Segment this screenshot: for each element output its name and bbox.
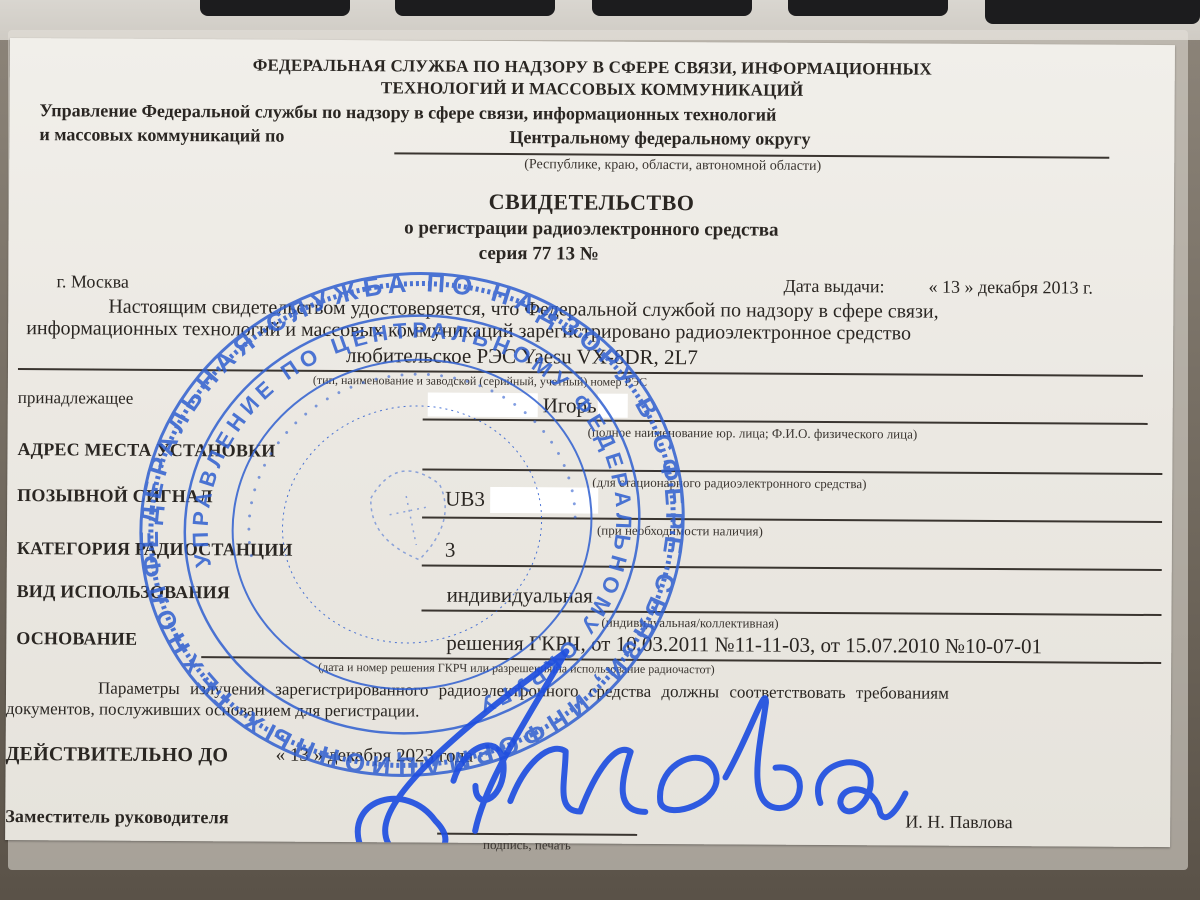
redacted-owner-surname xyxy=(428,393,538,418)
callsign-label: ПОЗЫВНОЙ СИГНАЛ xyxy=(17,485,213,507)
stamp-emblem xyxy=(365,464,455,567)
usage-hint: (индивидуальная/коллективная) xyxy=(601,615,778,632)
region-hint: (Республике, краю, области, автономной о… xyxy=(524,157,821,175)
document-subtitle: о регистрации радиоэлектронного средства xyxy=(9,215,1174,244)
document-title: СВИДЕТЕЛЬСТВО xyxy=(9,186,1174,219)
issue-date-value: « 13 » декабря 2013 г. xyxy=(928,277,1093,299)
device-value: любительское РЭС Yaesu VX-8DR, 2L7 xyxy=(346,343,698,370)
registration-certificate: ФЕДЕРАЛЬНАЯ СЛУЖБА ПО НАДЗОРУ В СФЕРЕ СВ… xyxy=(5,38,1175,847)
usage-value: индивидуальная xyxy=(447,583,593,609)
keyboard-key xyxy=(200,0,350,16)
redacted-owner-patronymic xyxy=(598,394,628,418)
category-value: 3 xyxy=(445,538,456,563)
basis-value: решения ГКРЧ, от 10.03.2011 №11-11-03, о… xyxy=(446,631,1042,660)
issue-city: г. Москва xyxy=(56,271,128,292)
validity-value: « 13 » декабря 2023 года xyxy=(276,745,474,768)
agency-name-line2: ТЕХНОЛОГИЙ И МАССОВЫХ КОММУНИКАЦИЙ xyxy=(10,76,1175,103)
redacted-callsign-suffix xyxy=(490,487,598,514)
keyboard-key xyxy=(592,0,752,16)
address-underline xyxy=(422,469,1162,476)
keyboard-key xyxy=(395,0,555,16)
address-label: АДРЕС МЕСТА УСТАНОВКИ xyxy=(17,439,275,462)
signatory-name: И. Н. Павлова xyxy=(905,811,1013,833)
address-hint: (для стационарного радиоэлектронного сре… xyxy=(592,475,866,493)
intro-line2: информационных технологий и массовых ком… xyxy=(26,317,911,345)
callsign-value: UB3 xyxy=(445,487,485,512)
document-series: серия 77 13 № xyxy=(479,243,599,266)
basis-hint: (дата и номер решения ГКРЧ или разрешени… xyxy=(318,660,715,677)
usage-label: ВИД ИСПОЛЬЗОВАНИЯ xyxy=(17,581,231,603)
directorate-line1: Управление Федеральной службы по надзору… xyxy=(39,100,776,126)
signature-hint: подпись, печать xyxy=(483,837,571,854)
owner-hint: (полное наименование юр. лица; Ф.И.О. фи… xyxy=(588,425,918,443)
owner-label: принадлежащее xyxy=(18,388,134,409)
keyboard-key xyxy=(788,0,948,16)
category-label: КАТЕГОРИЯ РАДИОСТАНЦИИ xyxy=(17,538,293,561)
device-hint: (тип, наименование и заводской (серийный… xyxy=(313,373,647,390)
callsign-underline xyxy=(422,517,1162,524)
signature-line xyxy=(437,833,637,836)
directorate-line2: и массовых коммуникаций по xyxy=(39,124,284,146)
owner-underline xyxy=(423,419,1148,425)
params-line2: документов, послуживших основанием для р… xyxy=(6,699,420,722)
basis-label: ОСНОВАНИЕ xyxy=(16,628,137,650)
region-value: Центральному федеральному округу xyxy=(509,127,810,150)
validity-label: ДЕЙСТВИТЕЛЬНО ДО xyxy=(6,743,229,767)
signatory-position: Заместитель руководителя xyxy=(5,806,229,828)
usage-underline xyxy=(422,610,1162,617)
callsign-hint: (при необходимости наличия) xyxy=(597,523,763,540)
category-underline xyxy=(422,565,1162,572)
owner-value: Игорь xyxy=(543,393,597,418)
issue-date-label: Дата выдачи: xyxy=(783,276,884,298)
keyboard-key xyxy=(985,0,1200,24)
